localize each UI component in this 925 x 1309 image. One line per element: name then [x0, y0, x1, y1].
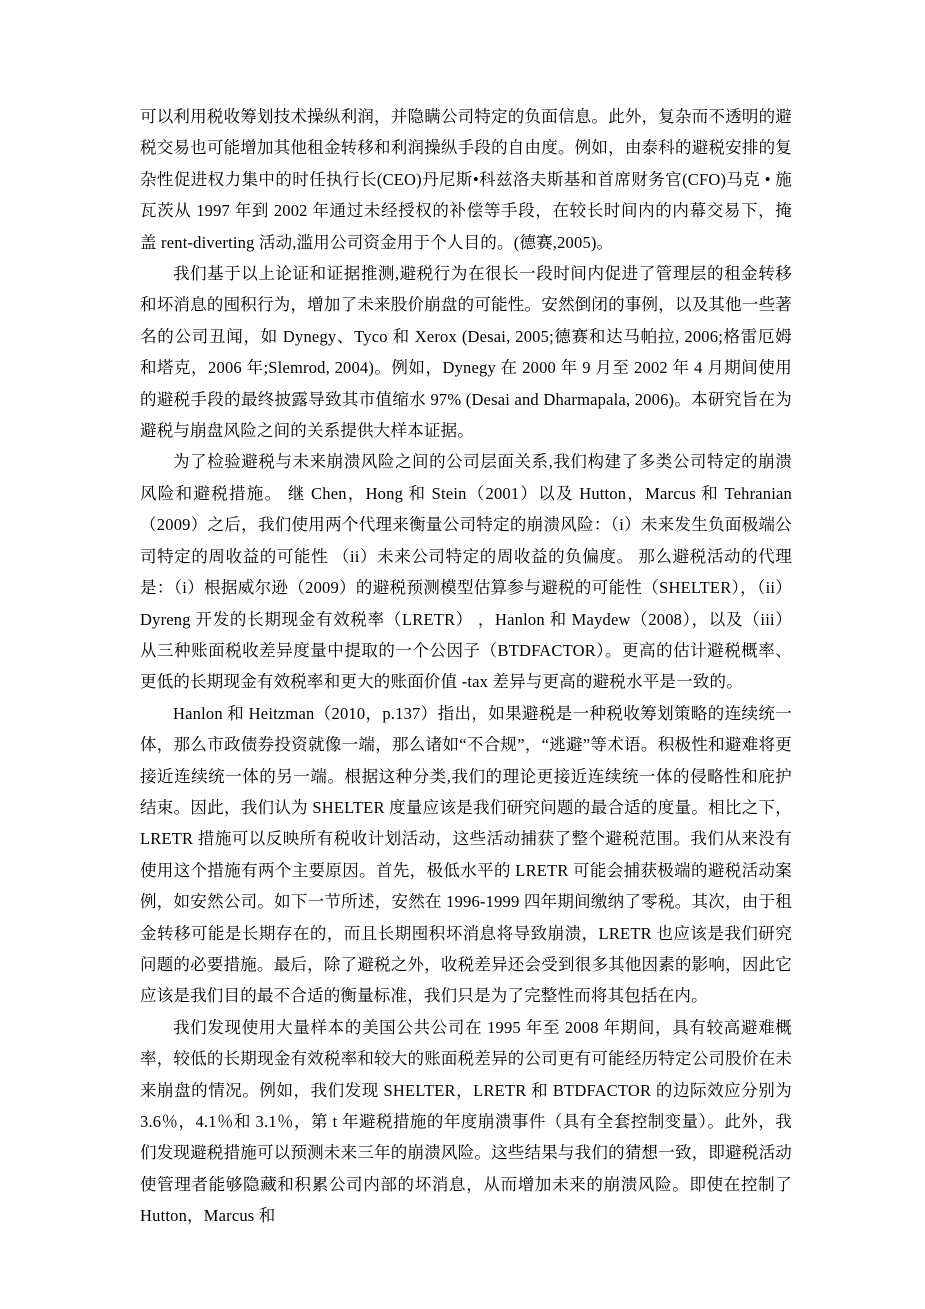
- paragraph: 我们基于以上论证和证据推测,避税行为在很长一段时间内促进了管理层的租金转移和坏消…: [140, 258, 792, 446]
- paragraph-continuation: 可以利用税收筹划技术操纵利润，并隐瞒公司特定的负面信息。此外，复杂而不透明的避税…: [140, 101, 792, 258]
- paragraph: Hanlon 和 Heitzman（2010，p.137）指出，如果避税是一种税…: [140, 698, 792, 1012]
- document-page: 可以利用税收筹划技术操纵利润，并隐瞒公司特定的负面信息。此外，复杂而不透明的避税…: [0, 0, 925, 1309]
- text-block: 可以利用税收筹划技术操纵利润，并隐瞒公司特定的负面信息。此外，复杂而不透明的避税…: [140, 101, 792, 1232]
- paragraph: 为了检验避税与未来崩溃风险之间的公司层面关系,我们构建了多类公司特定的崩溃风险和…: [140, 446, 792, 697]
- paragraph: 我们发现使用大量样本的美国公共公司在 1995 年至 2008 年期间，具有较高…: [140, 1012, 792, 1232]
